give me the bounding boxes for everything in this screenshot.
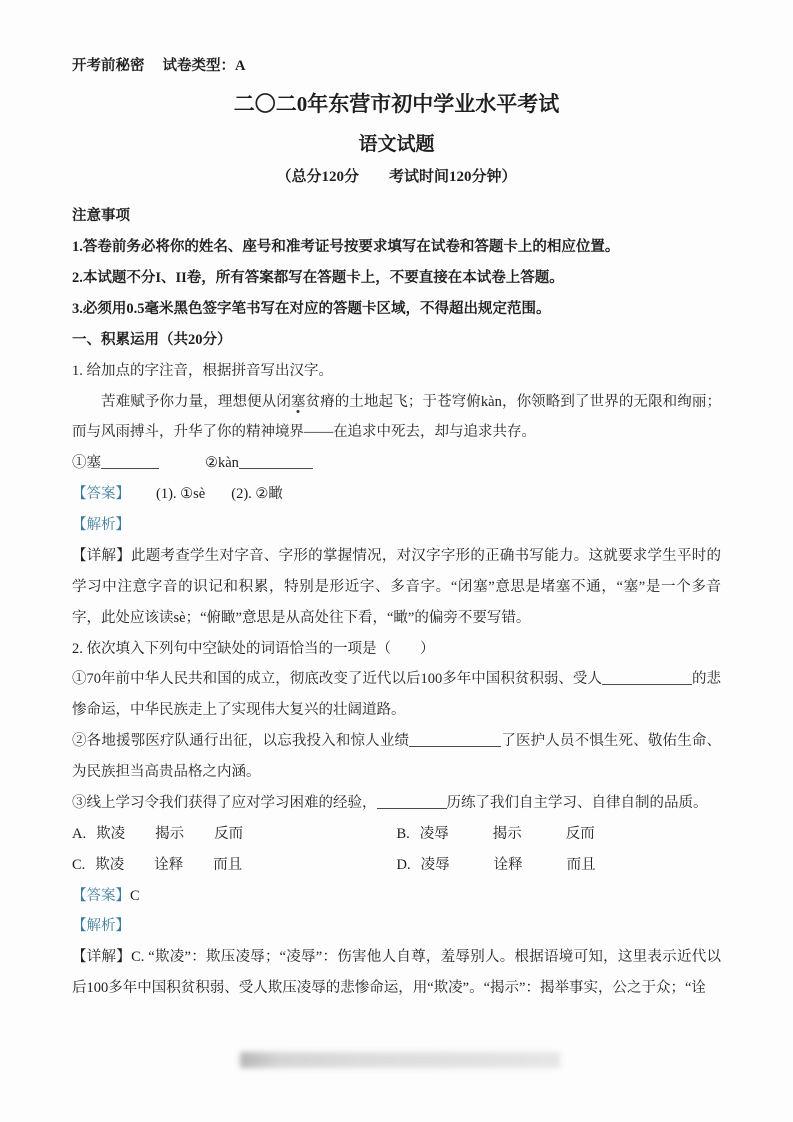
exam-subject-title: 语文试题 <box>72 131 721 160</box>
q2-option-d-word1: 凌辱 <box>421 850 450 881</box>
q1-detail: 【详解】此题考查学生对字音、字形的掌握情况，对汉字字形的正确书写能力。这就要求学… <box>72 541 721 634</box>
q2-options: A.欺凌揭示反而 B.凌辱揭示反而 C.欺凌诠释而且 D.凌辱诠释而且 <box>72 819 721 881</box>
q2-analysis-label: 【解析】 <box>72 911 721 942</box>
q1-blank1-label: ①塞 <box>72 455 101 471</box>
paper-type-label: 试卷类型：A <box>163 58 246 74</box>
exam-title: 二〇二0年东营市初中学业水平考试 <box>72 89 721 121</box>
q1-blank2-line <box>239 454 313 469</box>
secrecy-label: 开考前秘密 <box>72 58 145 74</box>
q2-sentence1-blank <box>602 670 692 685</box>
q2-sentence2-pre: ②各地援鄂医疗队通行出征，以忘我投入和惊人业绩 <box>72 733 409 749</box>
q2-option-d: D.凌辱诠释而且 <box>397 850 722 881</box>
q2-option-a-word3: 反而 <box>214 819 243 850</box>
q2-option-b-label: B. <box>397 826 410 842</box>
exam-meta-line: （总分120分 考试时间120分钟） <box>72 167 721 188</box>
q2-sentence-2: ②各地援鄂医疗队通行出征，以忘我投入和惊人业绩了医护人员不惧生死、敬佑生命、为民… <box>72 726 721 788</box>
secrecy-line: 开考前秘密试卷类型：A <box>72 56 721 76</box>
q2-answer-row: 【答案】C <box>72 881 721 912</box>
q1-passage-dotted-char: 塞 <box>291 394 306 410</box>
q1-answer-row: 【答案】(1). ①sè(2). ②瞰 <box>72 479 721 510</box>
q2-option-c-word2: 诠释 <box>154 850 183 881</box>
exam-paper-page: 开考前秘密试卷类型：A 二〇二0年东营市初中学业水平考试 语文试题 （总分120… <box>0 0 793 1122</box>
q1-blank2-label: ②kàn <box>205 455 239 471</box>
q2-detail: 【详解】C. “欺凌”：欺压凌辱；“凌辱”：伤害他人自尊，羞辱别人。根据语境可知… <box>72 942 721 1004</box>
q1-analysis-label: 【解析】 <box>72 510 721 541</box>
q2-sentence2-blank <box>409 732 501 747</box>
q2-option-c-word1: 欺凌 <box>95 850 124 881</box>
q2-option-b-word2: 揭示 <box>493 819 522 850</box>
q1-stem: 1. 给加点的字注音，根据拼音写出汉字。 <box>72 356 721 387</box>
q2-option-c-label: C. <box>72 857 85 873</box>
q2-sentence-3: ③线上学习令我们获得了应对学习困难的经验，历练了我们自主学习、自律自制的品质。 <box>72 788 721 819</box>
watermark-smudge <box>240 1052 560 1068</box>
notice-heading: 注意事项 <box>72 201 721 232</box>
q2-stem: 2. 依次填入下列句中空缺处的词语恰当的一项是（ ） <box>72 634 721 665</box>
q2-sentence3-pre: ③线上学习令我们获得了应对学习困难的经验， <box>72 795 377 811</box>
q2-answer-text: C <box>130 888 140 904</box>
q2-option-a: A.欺凌揭示反而 <box>72 819 397 850</box>
q2-sentence-1: ①70年前中华人民共和国的成立，彻底改变了近代以后100多年中国积贫积弱、受人的… <box>72 664 721 726</box>
q2-option-d-word2: 诠释 <box>494 850 523 881</box>
q2-sentence3-blank <box>377 794 447 809</box>
q1-answer-part2: (2). ②瞰 <box>231 486 283 502</box>
q2-option-a-label: A. <box>72 826 86 842</box>
q2-sentence3-post: 历练了我们自主学习、自律自制的品质。 <box>447 795 708 811</box>
q1-answer-label: 【答案】 <box>72 486 130 502</box>
section-heading: 一、积累运用（共20分） <box>72 325 721 356</box>
q2-option-a-word1: 欺凌 <box>96 819 125 850</box>
q2-answer-label: 【答案】 <box>72 888 130 904</box>
q2-option-d-label: D. <box>397 857 411 873</box>
q2-option-d-word3: 而且 <box>567 850 596 881</box>
q1-blanks-row: ①塞②kàn <box>72 448 721 479</box>
q2-option-b: B.凌辱揭示反而 <box>397 819 722 850</box>
q2-option-c-word3: 而且 <box>213 850 242 881</box>
notice-item-3: 3.必须用0.5毫米黑色签字笔书写在对应的答题卡区域，不得超出规定范围。 <box>72 294 721 325</box>
q1-passage: 苦难赋予你力量，理想便从闭塞贫瘠的土地起飞；于苍穹俯kàn，你领略到了世界的无限… <box>72 387 721 449</box>
q2-option-a-word2: 揭示 <box>155 819 184 850</box>
q1-answer-part1: (1). ①sè <box>156 486 205 502</box>
q1-passage-pre: 苦难赋予你力量，理想便从闭 <box>101 394 291 410</box>
q2-sentence1-pre: ①70年前中华人民共和国的成立，彻底改变了近代以后100多年中国积贫积弱、受人 <box>72 671 602 687</box>
q2-option-c: C.欺凌诠释而且 <box>72 850 397 881</box>
notice-item-1: 1.答卷前务必将你的姓名、座号和准考证号按要求填写在试卷和答题卡上的相应位置。 <box>72 232 721 263</box>
q2-option-b-word3: 反而 <box>566 819 595 850</box>
q2-option-b-word1: 凌辱 <box>420 819 449 850</box>
notice-item-2: 2.本试题不分I、II卷，所有答案都写在答题卡上，不要直接在本试卷上答题。 <box>72 263 721 294</box>
q1-blank1-line <box>101 454 159 469</box>
